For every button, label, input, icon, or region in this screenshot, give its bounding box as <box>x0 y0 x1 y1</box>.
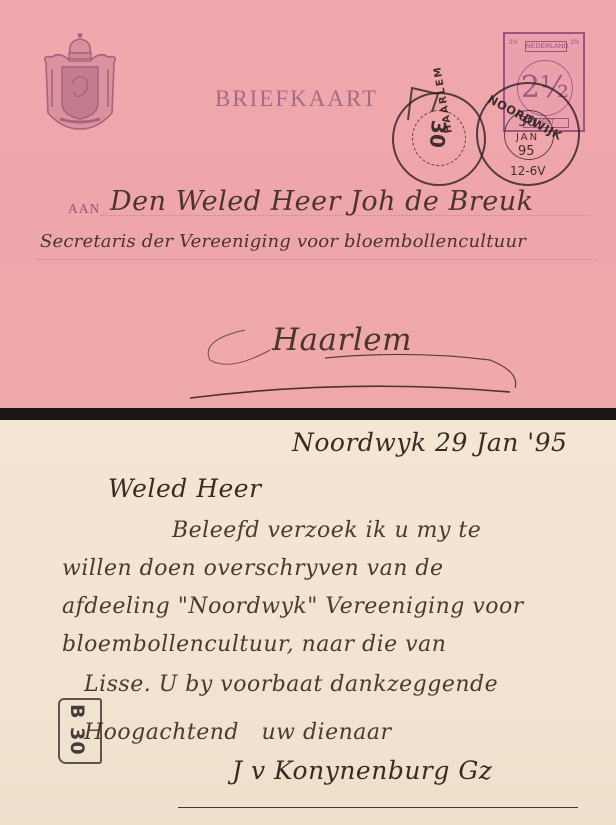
flourish-underline <box>190 300 530 400</box>
dateline: Noordwyk 29 Jan '95 <box>292 428 567 457</box>
cancel-flag-icon <box>404 84 444 124</box>
signature: J v Konynenburg Gz <box>232 756 492 785</box>
stamp-corner-value-left: 2½ <box>509 40 517 46</box>
letter-line-4: bloembollencultuur, naar die van <box>62 632 446 657</box>
scan-divider <box>0 408 616 420</box>
address-title: Secretaris der Vereeniging voor bloembol… <box>40 231 526 252</box>
address-recipient: Den Weled Heer Joh de Breuk <box>110 186 533 217</box>
postmark-day: 30 <box>518 114 536 130</box>
letter-line-1: Beleefd verzoek ik u my te <box>172 518 481 543</box>
card-title: BRIEFKAART <box>215 86 378 112</box>
letter-line-5: Lisse. U by voorbaat dankzeggende <box>84 672 498 697</box>
address-prefix: AAN <box>68 201 100 217</box>
postcard-front: BRIEFKAART 2½ NEDERLAND 2½ 2½ CENT 30 HA… <box>0 0 616 408</box>
postmark-year: 95 <box>518 144 535 159</box>
noordwijk-postmark: NOORDWIJK 30 JAN 95 12-6V <box>476 82 580 186</box>
box-cancel-stamp-text: B 30 <box>66 704 88 756</box>
postmark-time: 12-6V <box>510 164 545 178</box>
salutation: Weled Heer <box>108 474 262 503</box>
letter-line-2: willen doen overschryven van de <box>62 556 444 581</box>
stamp-corner-value-right: 2½ <box>571 40 579 46</box>
stamp-country: NEDERLAND <box>525 41 567 52</box>
signature-underline <box>178 807 578 808</box>
address-line-2-rule <box>36 259 596 260</box>
coat-of-arms-icon <box>38 33 122 131</box>
letter-closing: Hoogachtend uw dienaar <box>84 720 392 745</box>
box-cancel-stamp: B 30 <box>58 698 102 764</box>
letter-line-3: afdeeling "Noordwyk" Vereeniging voor <box>62 594 524 619</box>
postmark-month: JAN <box>516 132 539 143</box>
postcard-back: Noordwyk 29 Jan '95 Weled Heer Beleefd v… <box>0 420 616 825</box>
